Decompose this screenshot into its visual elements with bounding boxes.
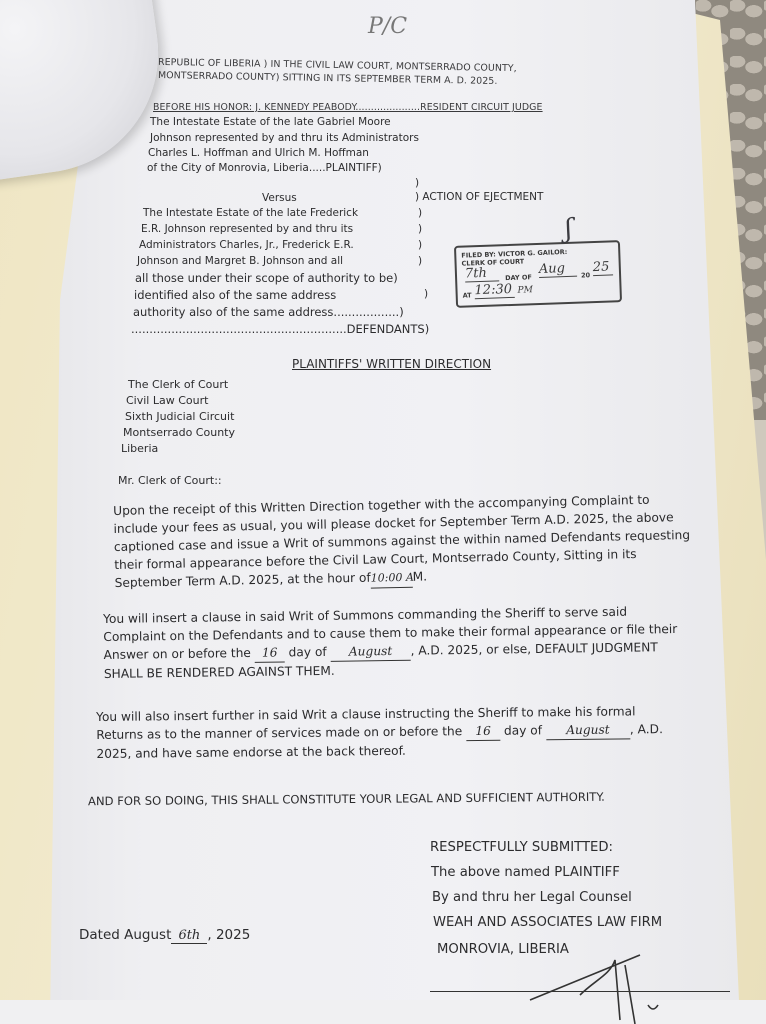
paragraph-3: You will also insert further in said Wri… — [96, 701, 727, 763]
stamp-ampm: PM — [517, 285, 533, 296]
document-content: P/C REPUBLIC OF LIBERIA ) IN THE CIVIL L… — [0, 0, 766, 1024]
versus-label: Versus — [262, 192, 297, 204]
authority-statement: AND FOR SO DOING, THIS SHALL CONSTITUTE … — [88, 790, 605, 809]
paragraph-1: Upon the receipt of this Written Directi… — [113, 489, 725, 594]
clerk-initials: ʃ — [564, 214, 574, 245]
returns-prefix: Returns as to the manner of services mad… — [96, 724, 462, 742]
addressee-line: The Clerk of Court — [128, 378, 228, 391]
stamp-time: 12:30 — [474, 282, 515, 299]
signature-line: The above named PLAINTIFF — [431, 865, 620, 880]
hour-suffix: M. — [413, 569, 428, 583]
returns-suffix: , A.D. — [630, 722, 663, 736]
addressee-line: Sixth Judicial Circuit — [125, 410, 234, 423]
plaintiff-line: Johnson represented by and thru its Admi… — [150, 132, 419, 144]
returns-mid: day of — [504, 723, 542, 737]
bracket: ) — [418, 207, 422, 219]
bracket: ) — [415, 177, 419, 189]
stamp-month: Aug — [539, 261, 578, 278]
defendant-line: all those under their scope of authority… — [135, 271, 398, 285]
defendant-line: identified also of the same address — [134, 288, 336, 302]
defendant-line: The Intestate Estate of the late Frederi… — [143, 207, 358, 219]
stamp-year-label: 20 — [581, 271, 590, 279]
bracket: ) — [418, 223, 422, 235]
defendant-line: Johnson and Margret B. Johnson and all — [137, 255, 343, 267]
addressee-line: Liberia — [121, 442, 158, 455]
hour-prefix: September Term A.D. 2025, at the hour of — [115, 571, 371, 590]
addressee-line: Civil Law Court — [126, 394, 208, 407]
answer-day-filled: 16 — [255, 643, 285, 662]
paragraph-2: You will insert a clause in said Writ of… — [103, 601, 729, 683]
handwritten-signature — [520, 950, 670, 1024]
bracket: ) — [424, 288, 428, 300]
salutation: Mr. Clerk of Court:: — [118, 474, 222, 487]
bracket: ) — [418, 255, 422, 267]
signature-line: RESPECTFULLY SUBMITTED: — [430, 840, 613, 855]
stamp-year: 25 — [593, 259, 614, 276]
signature-line: WEAH AND ASSOCIATES LAW FIRM — [433, 915, 662, 930]
hour-filled: 10:00 A — [371, 569, 413, 589]
defendant-line: ........................................… — [131, 322, 429, 336]
stamp-day: 7th — [465, 265, 500, 282]
stamp-day-of-label: DAY OF — [505, 273, 532, 282]
dated-day-filled: 6th — [171, 928, 207, 944]
signature-line: By and thru her Legal Counsel — [432, 890, 632, 905]
stamp-at-label: AT — [463, 291, 472, 299]
addressee-line: Montserrado County — [123, 426, 235, 439]
bracket: ) — [418, 239, 422, 251]
plaintiff-line: The Intestate Estate of the late Gabriel… — [150, 116, 391, 128]
action-of-ejectment: ) ACTION OF EJECTMENT — [415, 191, 543, 203]
document-title: PLAINTIFFS' WRITTEN DIRECTION — [292, 357, 491, 371]
dated-line: Dated August6th, 2025 — [79, 927, 250, 944]
before-his-honor: BEFORE HIS HONOR: J. KENNEDY PEABODY....… — [153, 102, 543, 113]
answer-mid: day of — [289, 645, 327, 660]
plaintiff-line: of the City of Monrovia, Liberia.....PLA… — [147, 162, 382, 174]
answer-suffix: , A.D. 2025, or else, DEFAULT JUDGMENT — [410, 640, 657, 657]
answer-month-filled: August — [330, 642, 410, 662]
filing-stamp: FILED BY: VICTOR G. GAILOR: CLERK OF COU… — [454, 240, 622, 308]
returns-month-filled: August — [546, 720, 630, 740]
answer-prefix: Answer on or before the — [104, 646, 251, 662]
dated-prefix: Dated August — [79, 927, 171, 943]
plaintiff-line: Charles L. Hoffman and Ulrich M. Hoffman — [148, 147, 369, 159]
defendant-line: E.R. Johnson represented by and thru its — [141, 223, 353, 235]
handwritten-note: P/C — [368, 14, 407, 39]
returns-day-filled: 16 — [466, 722, 500, 741]
dated-suffix: , 2025 — [207, 927, 250, 943]
defendant-line: authority also of the same address......… — [133, 305, 404, 319]
defendant-line: Administrators Charles, Jr., Frederick E… — [139, 239, 354, 251]
